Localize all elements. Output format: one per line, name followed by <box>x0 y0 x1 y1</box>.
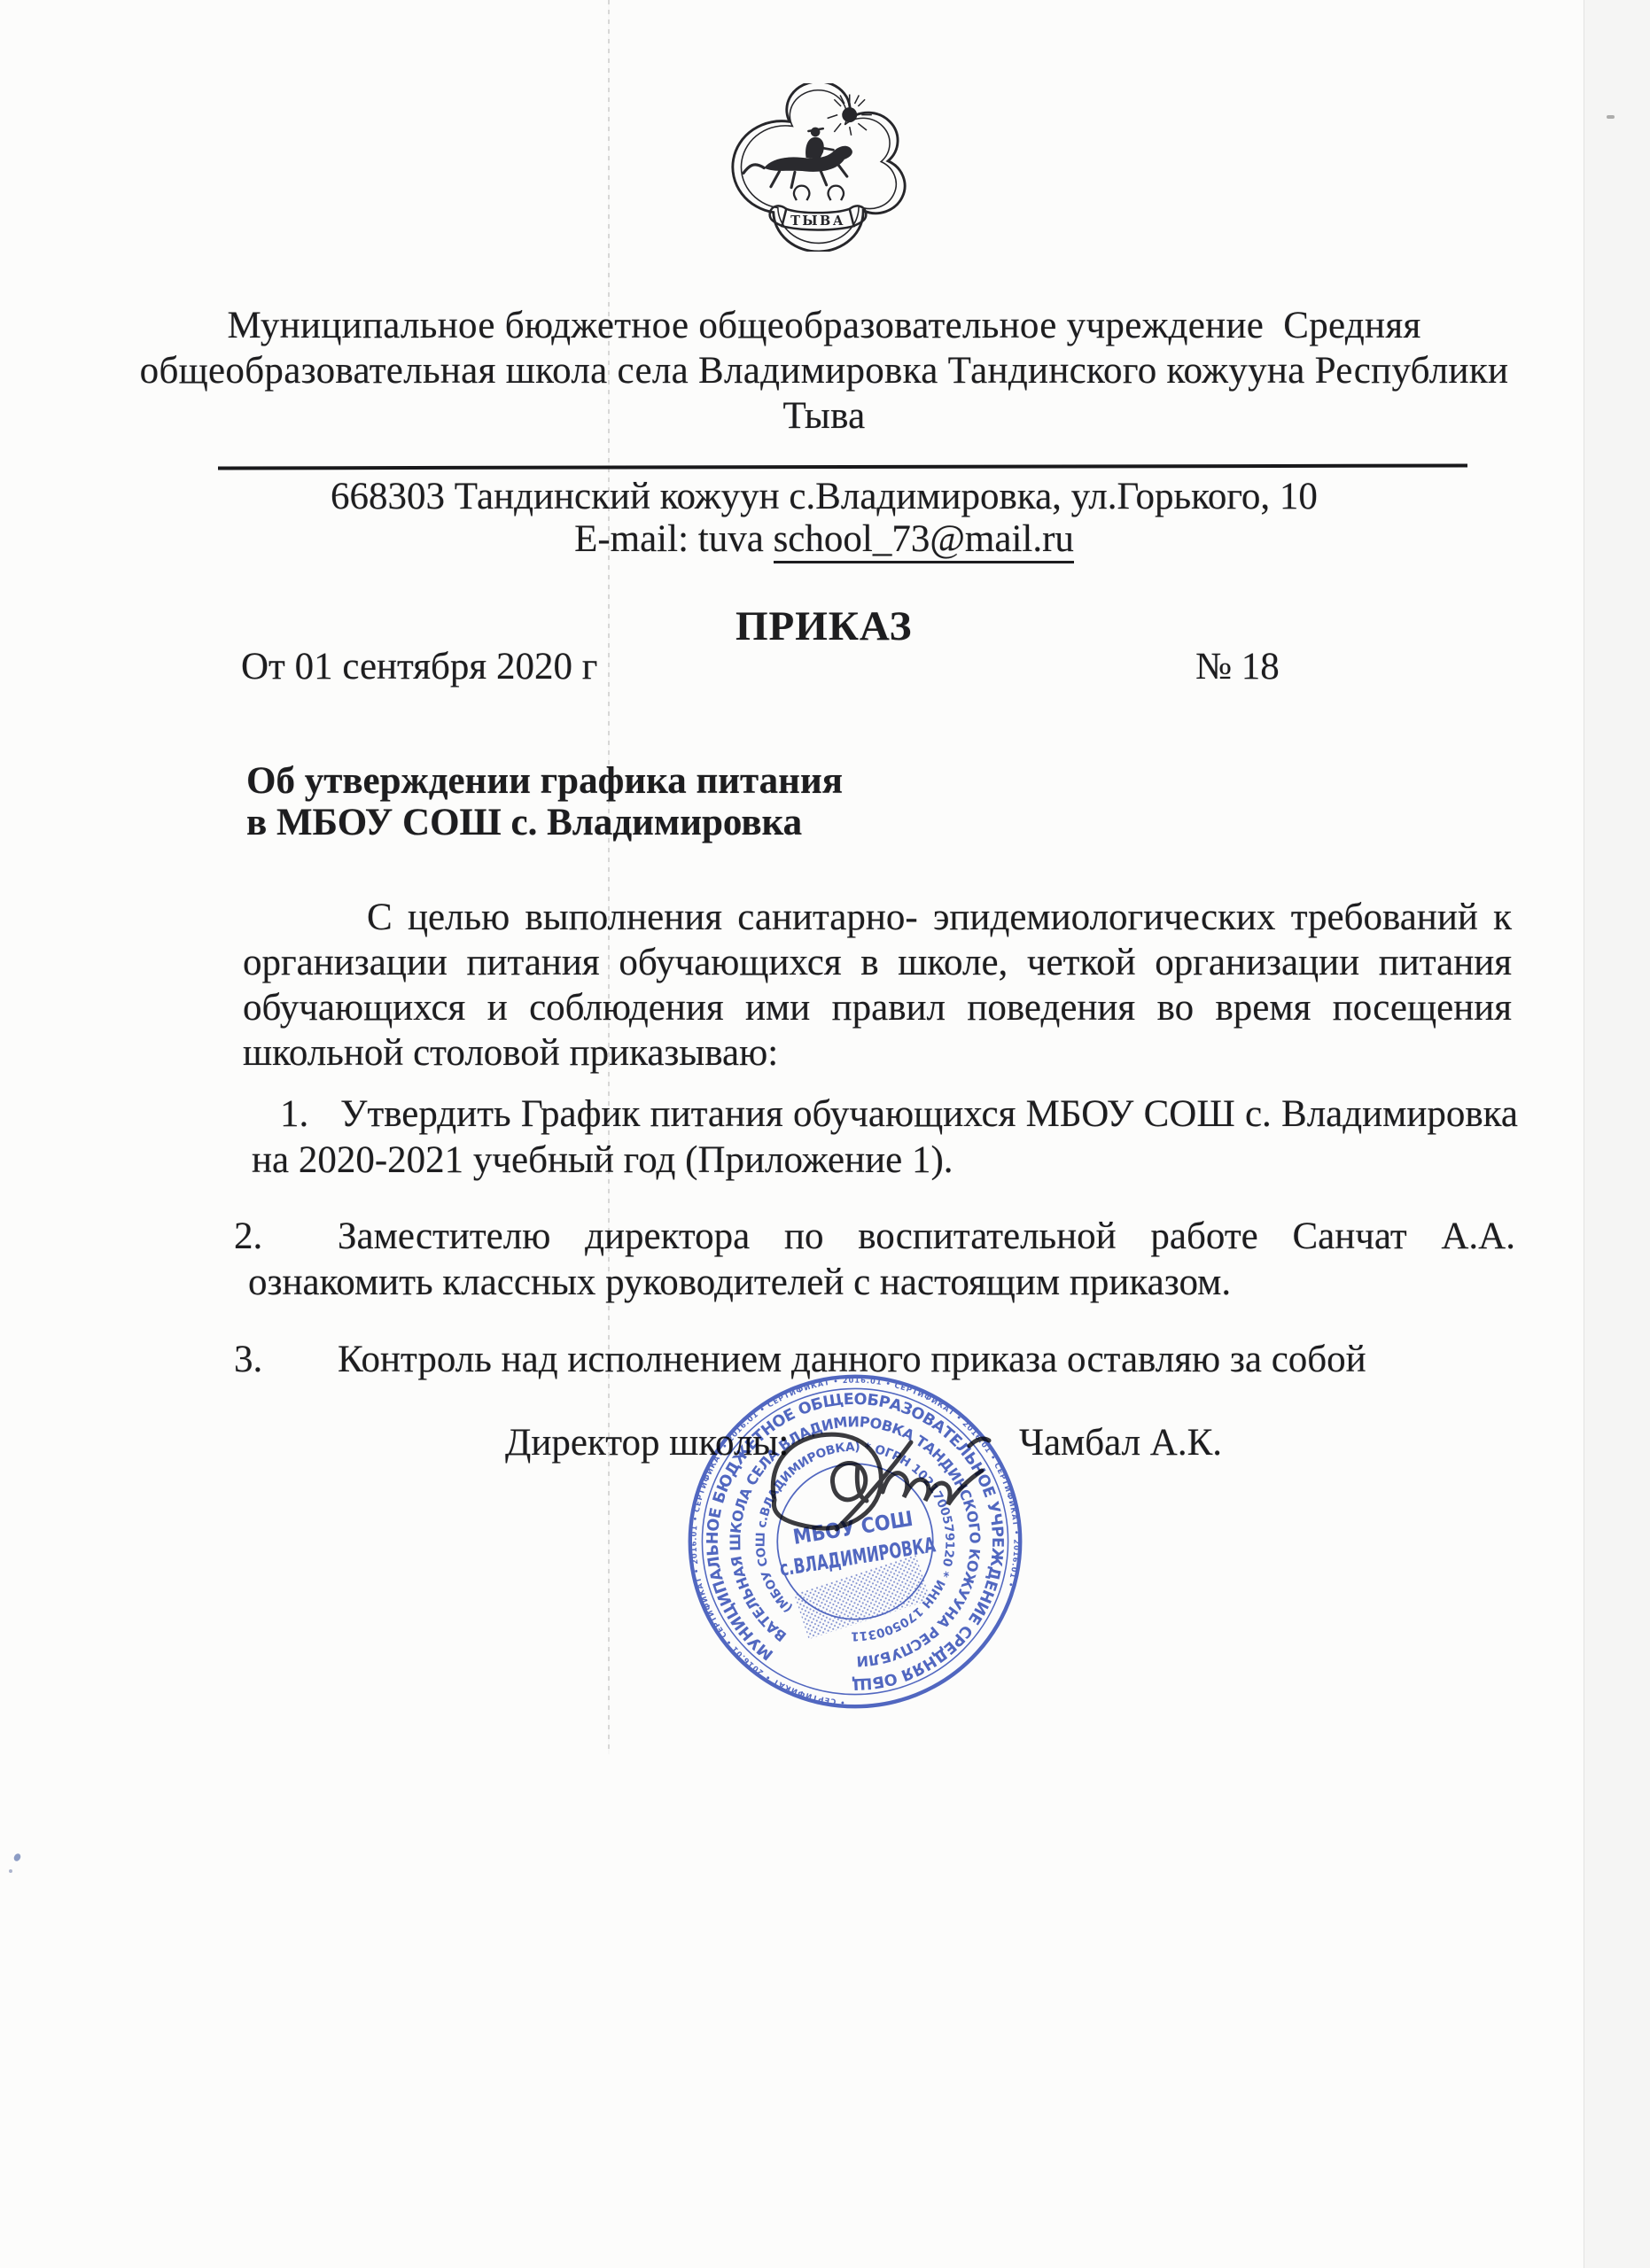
email-address: school_73@mail.ru <box>774 518 1074 563</box>
director-signature <box>759 1416 1024 1575</box>
horseshoe-icons <box>794 186 844 201</box>
org-name-line: общеобразовательная школа села Владимиро… <box>71 348 1577 393</box>
item-number: 3. <box>234 1338 338 1381</box>
preamble-line: школьной столовой приказываю: <box>243 1030 1512 1076</box>
scanner-edge-band <box>1584 0 1650 2268</box>
ink-speck <box>1607 115 1615 119</box>
order-number: № 18 <box>1195 645 1280 688</box>
contact-block: 668303 Тандинский кожуун с.Владимировка,… <box>71 476 1577 561</box>
item-text: Заместителю директора по воспитательной … <box>338 1216 1515 1257</box>
org-name-block: Муниципальное бюджетное общеобразователь… <box>71 303 1577 439</box>
preamble: С целью выполнения санитарно- эпидемиоло… <box>243 895 1512 1076</box>
ink-speck <box>12 1852 22 1862</box>
item-number: 1. <box>280 1091 340 1137</box>
fold-crease-line <box>608 0 610 1754</box>
org-address: 668303 Тандинский кожуун с.Владимировка,… <box>71 476 1577 518</box>
ink-speck <box>9 1869 12 1873</box>
subject-line: в МБОУ СОШ с. Владимировка <box>246 802 843 843</box>
scanned-order-document: ТЫВА Муниципальное бюджетное общеобразов… <box>0 0 1650 2268</box>
subject-line: Об утверждении графика питания <box>246 760 843 802</box>
order-date: От 01 сентября 2020 г <box>241 645 597 688</box>
preamble-line: обучающихся и соблюдения ими правил пове… <box>243 985 1512 1030</box>
preamble-line: организации питания обучающихся в школе,… <box>243 940 1512 985</box>
order-item-2: 2.Заместителю директора по воспитательно… <box>234 1214 1515 1259</box>
sun-icon <box>828 94 872 135</box>
order-title: ПРИКАЗ <box>735 602 913 650</box>
order-item-2-continued: ознакомить классных руководителей с наст… <box>248 1260 1231 1305</box>
signer-name: Чамбал А.К. <box>1019 1421 1222 1464</box>
item-number: 2. <box>234 1214 338 1259</box>
order-item-1: 1.Утвердить График питания обучающихся М… <box>280 1091 1518 1137</box>
tyva-coat-of-arms-icon: ТЫВА <box>720 83 916 252</box>
ribbon-text: ТЫВА <box>790 214 845 229</box>
order-item-1-continued: на 2020-2021 учебный год (Приложение 1). <box>252 1138 953 1183</box>
org-name-line: Муниципальное бюджетное общеобразователь… <box>71 303 1577 348</box>
email-label: E-mail: tuva <box>574 518 774 560</box>
preamble-line: С целью выполнения санитарно- эпидемиоло… <box>243 895 1512 940</box>
horse-rider-icon <box>743 128 852 188</box>
order-subject: Об утверждении графика питания в МБОУ СО… <box>246 760 843 843</box>
org-email-line: E-mail: tuva school_73@mail.ru <box>71 518 1577 561</box>
letterhead-divider <box>218 464 1467 470</box>
org-name-line: Тыва <box>71 393 1577 439</box>
item-text: Утвердить График питания обучающихся МБО… <box>340 1093 1518 1135</box>
